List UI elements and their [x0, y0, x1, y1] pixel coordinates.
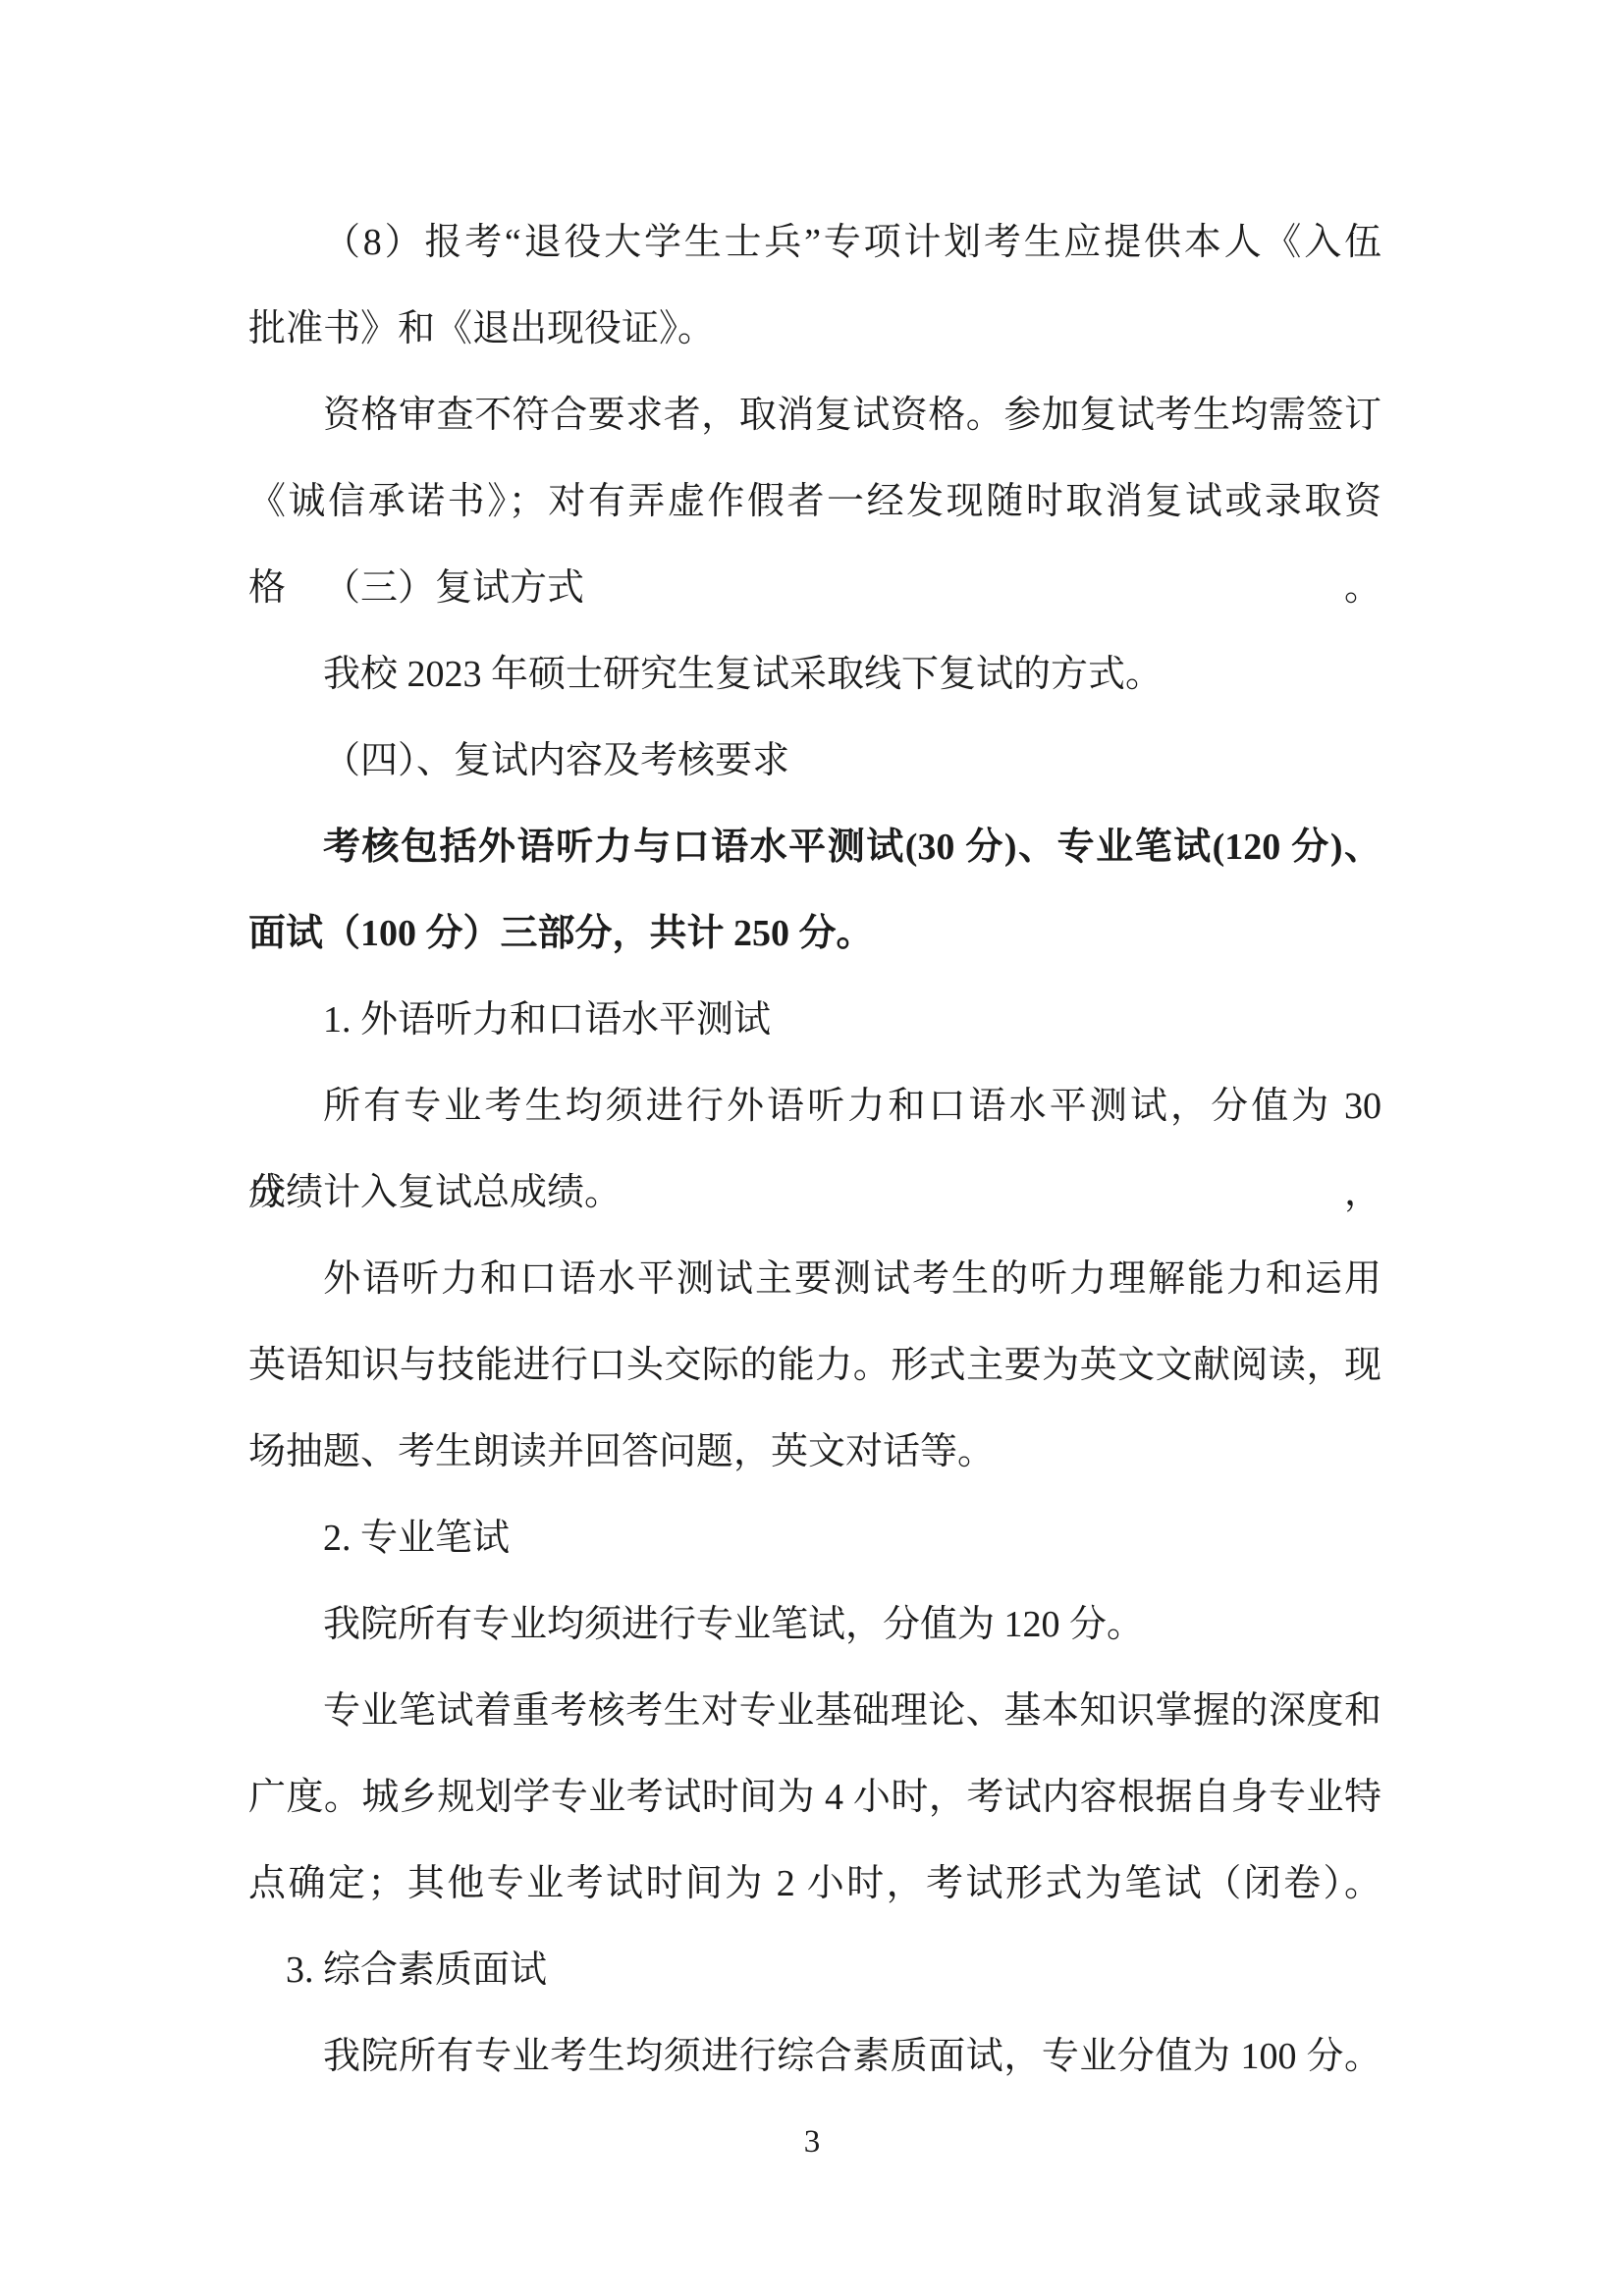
text-line: 专业笔试着重考核考生对专业基础理论、基本知识掌握的深度和 — [248, 1668, 1381, 1754]
text-line: 场抽题、考生朗读并回答问题，英文对话等。 — [248, 1409, 1381, 1495]
text-line: 英语知识与技能进行口头交际的能力。形式主要为英文文献阅读，现 — [248, 1322, 1381, 1409]
text-line: （8）报考“退役大学生士兵”专项计划考生应提供本人《入伍 — [248, 199, 1381, 286]
section-heading-4: （四）、复试内容及考核要求 — [248, 718, 1381, 804]
text-line: 资格审查不符合要求者，取消复试资格。参加复试考生均需签订 — [248, 372, 1381, 458]
text-line: 我院所有专业考生均须进行综合素质面试，专业分值为 100 分。 — [248, 2013, 1381, 2100]
subsection-heading-1: 1. 外语听力和口语水平测试 — [248, 977, 1381, 1063]
text-line: 批准书》和《退出现役证》。 — [248, 286, 1381, 372]
page-number: 3 — [0, 2112, 1624, 2171]
text-line: 我院所有专业均须进行专业笔试，分值为 120 分。 — [248, 1581, 1381, 1668]
emphasis-line: 考核包括外语听力与口语水平测试(30 分)、专业笔试(120 分)、 — [248, 804, 1381, 890]
document-page: （8）报考“退役大学生士兵”专项计划考生应提供本人《入伍 批准书》和《退出现役证… — [0, 0, 1624, 2296]
emphasis-line: 面试（100 分）三部分，共计 250 分。 — [248, 890, 1381, 977]
subsection-heading-3: 3. 综合素质面试 — [248, 1927, 1381, 2013]
text-line: 我校 2023 年硕士研究生复试采取线下复试的方式。 — [248, 631, 1381, 718]
text-line: 所有专业考生均须进行外语听力和口语水平测试，分值为 30 分， — [248, 1063, 1381, 1149]
text-line: 外语听力和口语水平测试主要测试考生的听力理解能力和运用 — [248, 1236, 1381, 1322]
text-line: 广度。城乡规划学专业考试时间为 4 小时，考试内容根据自身专业特 — [248, 1754, 1381, 1841]
text-line: 《诚信承诺书》；对有弄虚作假者一经发现随时取消复试或录取资格。 — [248, 458, 1381, 545]
document-body: （8）报考“退役大学生士兵”专项计划考生应提供本人《入伍 批准书》和《退出现役证… — [248, 199, 1381, 2100]
text-line: 点确定；其他专业考试时间为 2 小时，考试形式为笔试（闭卷）。 — [248, 1841, 1381, 1927]
subsection-heading-2: 2. 专业笔试 — [248, 1495, 1381, 1581]
